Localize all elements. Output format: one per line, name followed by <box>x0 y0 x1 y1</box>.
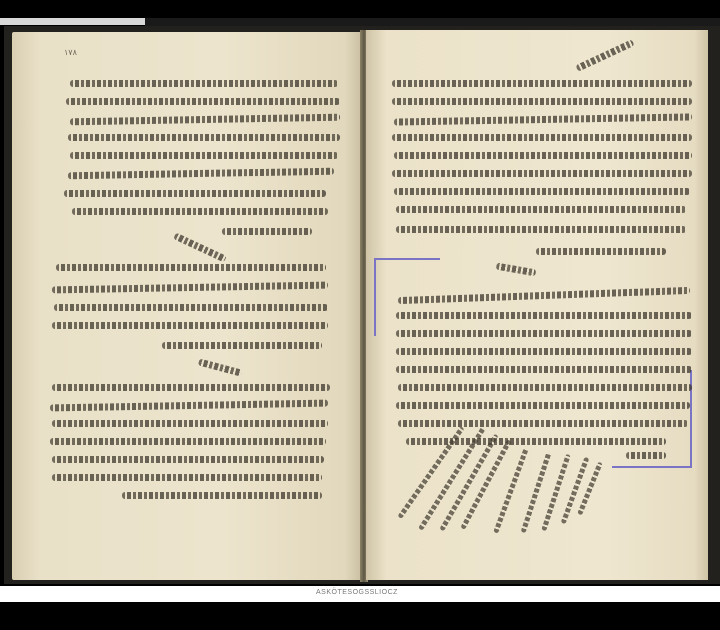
bottom-black-band <box>0 602 720 630</box>
left-heading-2 <box>173 232 227 262</box>
caption-text: ASKÖTESOGSSLIOCZ <box>316 589 398 596</box>
right-page <box>366 30 708 580</box>
open-manuscript: ۱۷۸ <box>4 26 720 584</box>
top-light-strip <box>0 18 145 25</box>
image-caption-bar: ASKÖTESOGSSLIOCZ <box>0 586 720 602</box>
left-page: ۱۷۸ <box>12 32 362 580</box>
left-page-number: ۱۷۸ <box>64 48 77 57</box>
left-heading-3 <box>198 358 242 376</box>
right-corner-note <box>575 39 634 72</box>
right-heading-2 <box>496 263 537 277</box>
